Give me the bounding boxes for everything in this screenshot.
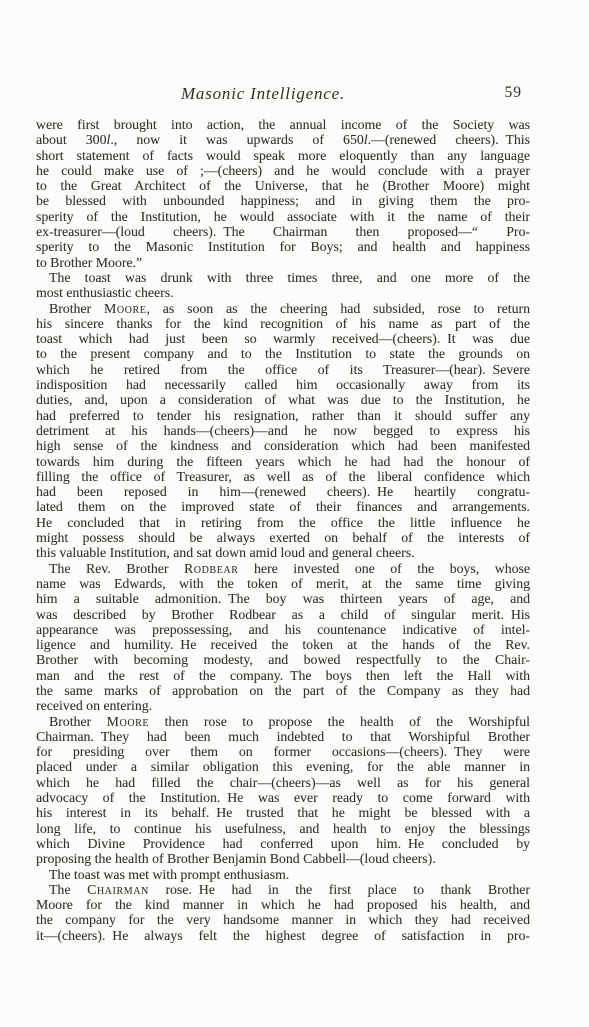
text-line: about 300l., now it was upwards of 650l.… — [36, 132, 530, 147]
text-line: Chairman. They had been much indebted to… — [36, 729, 530, 744]
text-line: high sense of the kindness and considera… — [36, 438, 530, 453]
text-line: toast which had just been so warmly rece… — [36, 331, 530, 346]
text-line: this valuable Institution, and sat down … — [36, 545, 530, 560]
text-line: name was Edwards, with the token of meri… — [36, 576, 530, 591]
text-line: received on entering. — [36, 698, 530, 713]
text-line: duties, and, upon a consideration of wha… — [36, 392, 530, 407]
text-line: ex-treasurer—(loud cheers). The Chairman… — [36, 224, 530, 239]
text-line: lated them on the improved state of thei… — [36, 499, 530, 514]
text-line: the same marks of approbation on the par… — [36, 683, 530, 698]
text-line: indisposition had necessarily called him… — [36, 377, 530, 392]
text-line: detriment at his hands—(cheers)—and he n… — [36, 423, 530, 438]
running-title: Masonic Intelligence. — [36, 84, 490, 104]
text-line: to the Great Architect of the Universe, … — [36, 178, 530, 193]
text-line: was described by Brother Rodbear as a ch… — [36, 607, 530, 622]
text-line: which he retired from the office of its … — [36, 362, 530, 377]
text-line: Brother Moore, as soon as the cheering h… — [36, 301, 530, 316]
text-line: it—(cheers). He always felt the highest … — [36, 928, 530, 943]
text-line: most enthusiastic cheers. — [36, 285, 530, 300]
page-body: were first brought into action, the annu… — [36, 117, 530, 943]
text-line: to Brother Moore.” — [36, 255, 530, 270]
text-line: man and the rest of the company. The boy… — [36, 668, 530, 683]
page-header: Masonic Intelligence. 59 — [36, 84, 530, 106]
scanned-page: Masonic Intelligence. 59 were first brou… — [0, 0, 589, 1027]
text-line: ligence and humility. He received the to… — [36, 637, 530, 652]
text-line: which Divine Providence had conferred up… — [36, 836, 530, 851]
text-line: He concluded that in retiring from the o… — [36, 515, 530, 530]
text-line: long life, to continue his usefulness, a… — [36, 821, 530, 836]
page-number: 59 — [505, 84, 523, 102]
text-line: might possess should be always exerted o… — [36, 530, 530, 545]
text-line: Brother Moore then rose to propose the h… — [36, 714, 530, 729]
text-line: The Rev. Brother Rodbear here invested o… — [36, 561, 530, 576]
text-line: filling the office of Treasurer, as well… — [36, 469, 530, 484]
text-line: Brother with becoming modesty, and bowed… — [36, 652, 530, 667]
text-line: appearance was prepossessing, and his co… — [36, 622, 530, 637]
text-line: his interest in its behalf. He trusted t… — [36, 805, 530, 820]
text-line: be blessed with unbounded happiness; and… — [36, 193, 530, 208]
text-line: had preferred to tender his resignation,… — [36, 408, 530, 423]
text-line: he could make use of ;—(cheers) and he w… — [36, 163, 530, 178]
text-line: sperity of the Institution, he would ass… — [36, 209, 530, 224]
text-line: The Chairman rose. He had in the first p… — [36, 882, 530, 897]
text-line: towards him during the fifteen years whi… — [36, 454, 530, 469]
text-line: short statement of facts would speak mor… — [36, 148, 530, 163]
text-line: were first brought into action, the annu… — [36, 117, 530, 132]
text-line: proposing the health of Brother Benjamin… — [36, 851, 530, 866]
text-line: the company for the very handsome manner… — [36, 912, 530, 927]
text-line: The toast was drunk with three times thr… — [36, 270, 530, 285]
text-line: for presiding over them on former occasi… — [36, 744, 530, 759]
text-line: his sincere thanks for the kind recognit… — [36, 316, 530, 331]
text-line: The toast was met with prompt enthusiasm… — [36, 867, 530, 882]
text-line: sperity to the Masonic Institution for B… — [36, 239, 530, 254]
text-line: had been reposed in him—(renewed cheers)… — [36, 484, 530, 499]
text-line: advocacy of the Institution. He was ever… — [36, 790, 530, 805]
text-line: him a suitable admonition. The boy was t… — [36, 591, 530, 606]
text-line: which he had filled the chair—(cheers)—a… — [36, 775, 530, 790]
text-line: to the present company and to the Instit… — [36, 346, 530, 361]
text-line: Moore for the kind manner in which he ha… — [36, 897, 530, 912]
text-line: placed under a similar obligation this e… — [36, 759, 530, 774]
